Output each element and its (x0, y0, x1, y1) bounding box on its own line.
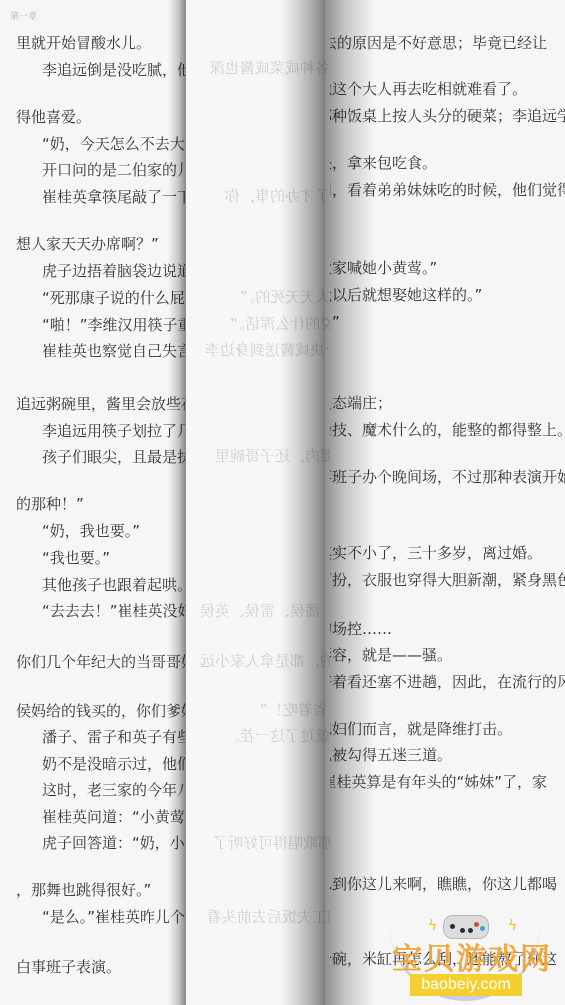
text-line: 崔桂英问道：“小黄莺是谁 (42, 807, 185, 827)
site-watermark: ϟ ϟ 宝贝游戏网 baobeiy.com (390, 910, 565, 1005)
text-line: ，那舞也跳得很好。” (16, 880, 151, 900)
text-line: “我也要。” (42, 548, 110, 568)
text-line: 想人家天天办席啊？” (16, 234, 159, 254)
text-line: “去去去！”崔桂英没好气 (42, 601, 185, 621)
text-line: “是么。”崔桂英昨儿个在 (42, 907, 185, 927)
text-line: 虎子边捂着脑袋边说道： (42, 261, 185, 281)
text-line: 虎子回答道：“奶，小黄莺 (42, 833, 185, 853)
text-line: 里就开始冒酸水儿。 (16, 33, 151, 53)
text-line: “啪！”李维汉用筷子重重 (42, 315, 185, 335)
text-line: 得他喜爱。 (16, 107, 91, 127)
text-line: 崔桂英拿筷尾敲了一下虎 (42, 187, 185, 207)
text-line: 你们几个年纪大的当哥哥姐姐 (16, 652, 185, 672)
text-line: 奶不是没暗示过，他们也 (42, 754, 185, 774)
text-line: 李追远用筷子划拉了几下 (42, 421, 185, 441)
text-line: 潘子、雷子和英子有些不 (42, 727, 185, 747)
text-line: 侯妈给的钱买的，你们爹妈可 (16, 701, 185, 721)
text-line: 白事班子表演。 (16, 957, 121, 977)
text-line: 这时，老三家的今年八岁 (42, 780, 185, 800)
text-line: 其他孩子也跟着起哄。 (42, 575, 185, 595)
text-line: 崔桂英也察觉自己失言了 (42, 341, 185, 361)
text-line: 孩子们眼尖，且最是执着 (42, 447, 185, 467)
text-line: “奶，今天怎么不去大胡子 (42, 134, 185, 154)
text-line: “奶，我也要。” (42, 521, 140, 541)
watermark-title: 宝贝游戏网 (392, 934, 552, 978)
text-line: 李追远倒是没吃腻，他挺 (42, 60, 185, 80)
text-line: 的那种！” (16, 494, 84, 514)
watermark-url: baobeiy.com (410, 974, 522, 996)
page-curl-edge-shadow (168, 0, 186, 1005)
page-curl-under-shadow (325, 0, 375, 1005)
text-line: 开口问的是二伯家的儿子 (42, 160, 185, 180)
text-line: “死那康子说的什么屁话， (42, 288, 185, 308)
text-line: 追远粥碗里，酱里会放些花生 (16, 394, 185, 414)
lightning-icon: ϟ (428, 918, 437, 934)
current-page[interactable]: 里就开始冒酸水儿。李追远倒是没吃腻，他挺得他喜爱。“奶，今天怎么不去大胡子开口问… (0, 0, 185, 1005)
page-curl-fold-shadow (280, 0, 325, 1005)
lightning-icon: ϟ (508, 918, 517, 934)
